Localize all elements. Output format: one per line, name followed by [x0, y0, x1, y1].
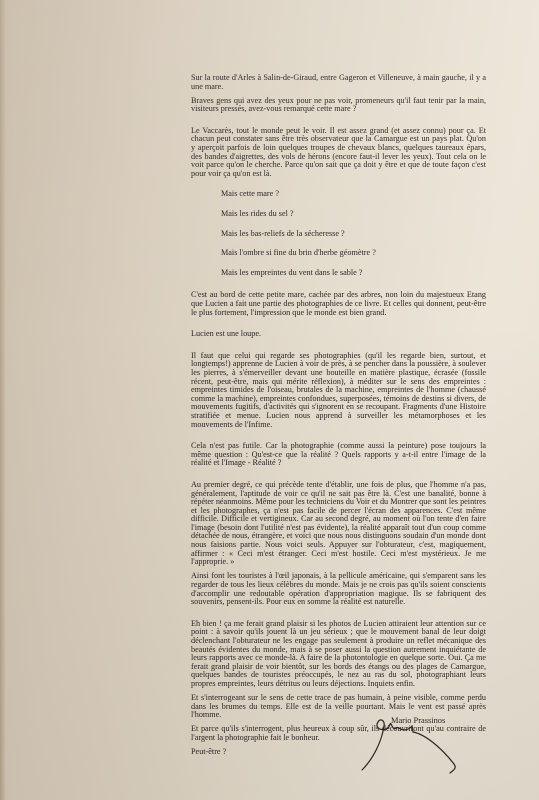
question-line: Mais les bas-reliefs de la sécheresse ?: [221, 230, 486, 239]
handwritten-signature-icon: [360, 718, 470, 788]
paragraph: Lucien est une loupe.: [191, 330, 486, 339]
paragraph: Le Vaccarès, tout le monde peut le voir.…: [191, 127, 486, 179]
page-edge-shadow: [0, 0, 6, 800]
question-line: Mais les rides du sel ?: [221, 210, 486, 219]
question-line: Mais cette mare ?: [221, 190, 486, 199]
paragraph: Sur la route d'Arles à Salin-de-Giraud, …: [191, 74, 486, 91]
paragraph: Il faut que celui qui regarde ses photog…: [191, 352, 486, 429]
essay-text: Sur la route d'Arles à Salin-de-Giraud, …: [191, 74, 486, 762]
paragraph: C'est au bord de cette petite mare, cach…: [191, 291, 486, 317]
paragraph: Eh bien ! ça me ferait grand plaisir si …: [191, 620, 486, 689]
paragraph: Ainsi font les touristes à l'œil japonai…: [191, 572, 486, 606]
question-line: Mais les empreintes du vent dans le sabl…: [221, 269, 486, 278]
paragraph: Au premier degré, ce qui précède tente d…: [191, 481, 486, 567]
question-line: Mais l'ombre si fine du brin d'herbe géo…: [221, 249, 486, 258]
question-list: Mais cette mare ? Mais les rides du sel …: [221, 190, 486, 277]
paragraph: Braves gens qui avez des yeux pour ne pa…: [191, 97, 486, 114]
paragraph: Cela n'est pas futile. Car la photograph…: [191, 442, 486, 468]
